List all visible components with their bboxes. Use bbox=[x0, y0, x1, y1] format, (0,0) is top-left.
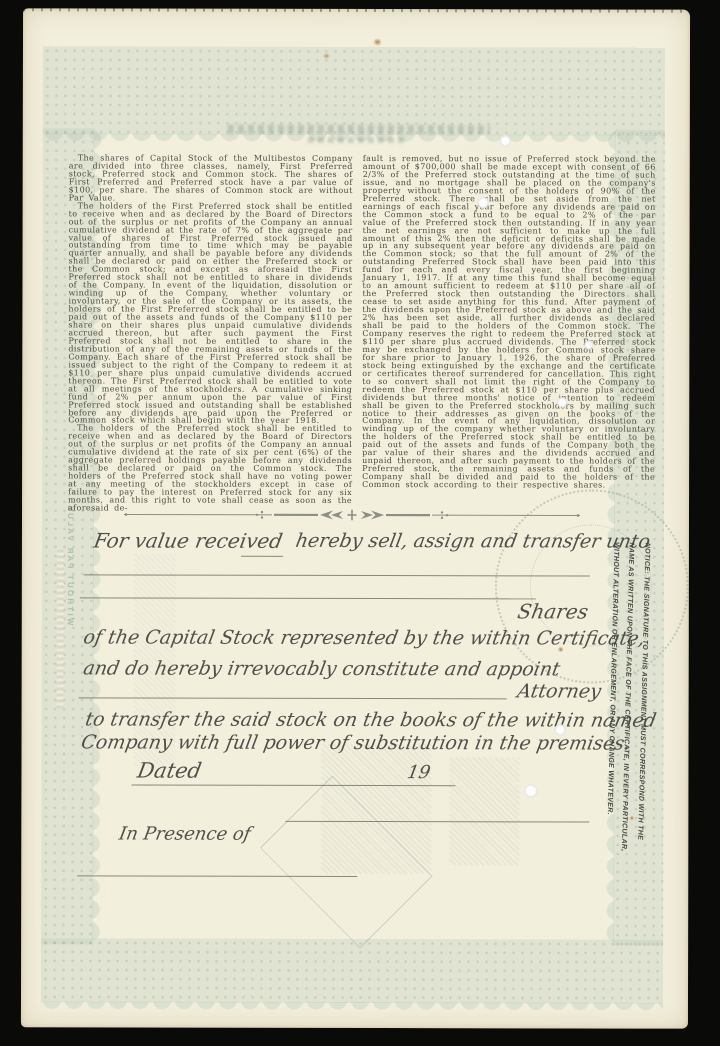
hole-punch bbox=[500, 135, 511, 146]
foxing-spot bbox=[558, 646, 564, 652]
foxing-spot bbox=[323, 53, 330, 59]
hole-punch bbox=[478, 197, 489, 208]
paper-deckle-edge bbox=[23, 8, 690, 12]
in-presence-of-label: In Presence of bbox=[117, 824, 252, 845]
dated-line bbox=[131, 785, 455, 787]
for-value-received-label: For value received bbox=[92, 528, 284, 552]
terms-paragraph: The holders of the Preferred stock shall… bbox=[68, 425, 352, 513]
attorney-label: Attorney bbox=[516, 680, 603, 702]
embossed-edge-marks bbox=[57, 548, 64, 708]
foxing-spot bbox=[373, 38, 382, 46]
dated-label: Dated bbox=[135, 759, 203, 783]
ghost-border-bottom bbox=[41, 938, 663, 1003]
ghost-bank-stamp-text bbox=[228, 125, 490, 135]
foxing-spot bbox=[629, 816, 634, 821]
year-prefix-label: 19 bbox=[405, 762, 432, 783]
hole-punch bbox=[555, 724, 566, 735]
ghost-border-top bbox=[43, 46, 665, 135]
signature-notice: NOTICE: THE SIGNATURE TO THIS ASSIGNMENT… bbox=[600, 542, 655, 888]
hole-punch bbox=[584, 340, 593, 349]
books-clause-line1: to transfer the said stock on the books … bbox=[84, 708, 658, 731]
hole-punch bbox=[557, 397, 567, 407]
scan-background: WITHOUT PAR VALUE The shares of Capital … bbox=[0, 0, 720, 1046]
ghost-vignette bbox=[449, 757, 519, 865]
witness-line bbox=[77, 875, 357, 877]
terms-paragraph: The shares of Capital Stock of the Multi… bbox=[69, 154, 353, 202]
divider-ornament bbox=[122, 506, 582, 525]
transfer-clause-label: hereby sell, assign and transfer unto bbox=[294, 530, 652, 553]
ghost-scallop-edge bbox=[41, 1001, 663, 1014]
terms-column-right: fault is removed, but no issue of Prefer… bbox=[362, 155, 656, 490]
terms-paragraph: fault is removed, but no issue of Prefer… bbox=[362, 155, 656, 490]
ghost-bank-stamp-text bbox=[308, 137, 404, 143]
shares-label: Shares bbox=[516, 599, 590, 623]
certificate-back: WITHOUT PAR VALUE The shares of Capital … bbox=[21, 8, 690, 1028]
gap-line bbox=[241, 556, 283, 557]
hole-punch bbox=[524, 784, 537, 797]
terms-paragraph: The holders of the First Preferred stock… bbox=[68, 202, 352, 425]
terms-column-left: The shares of Capital Stock of the Multi… bbox=[68, 154, 353, 512]
appoint-clause: and do hereby irrevocably constitute and… bbox=[82, 657, 562, 680]
books-clause-line2: Company with full power of substitution … bbox=[80, 731, 633, 754]
